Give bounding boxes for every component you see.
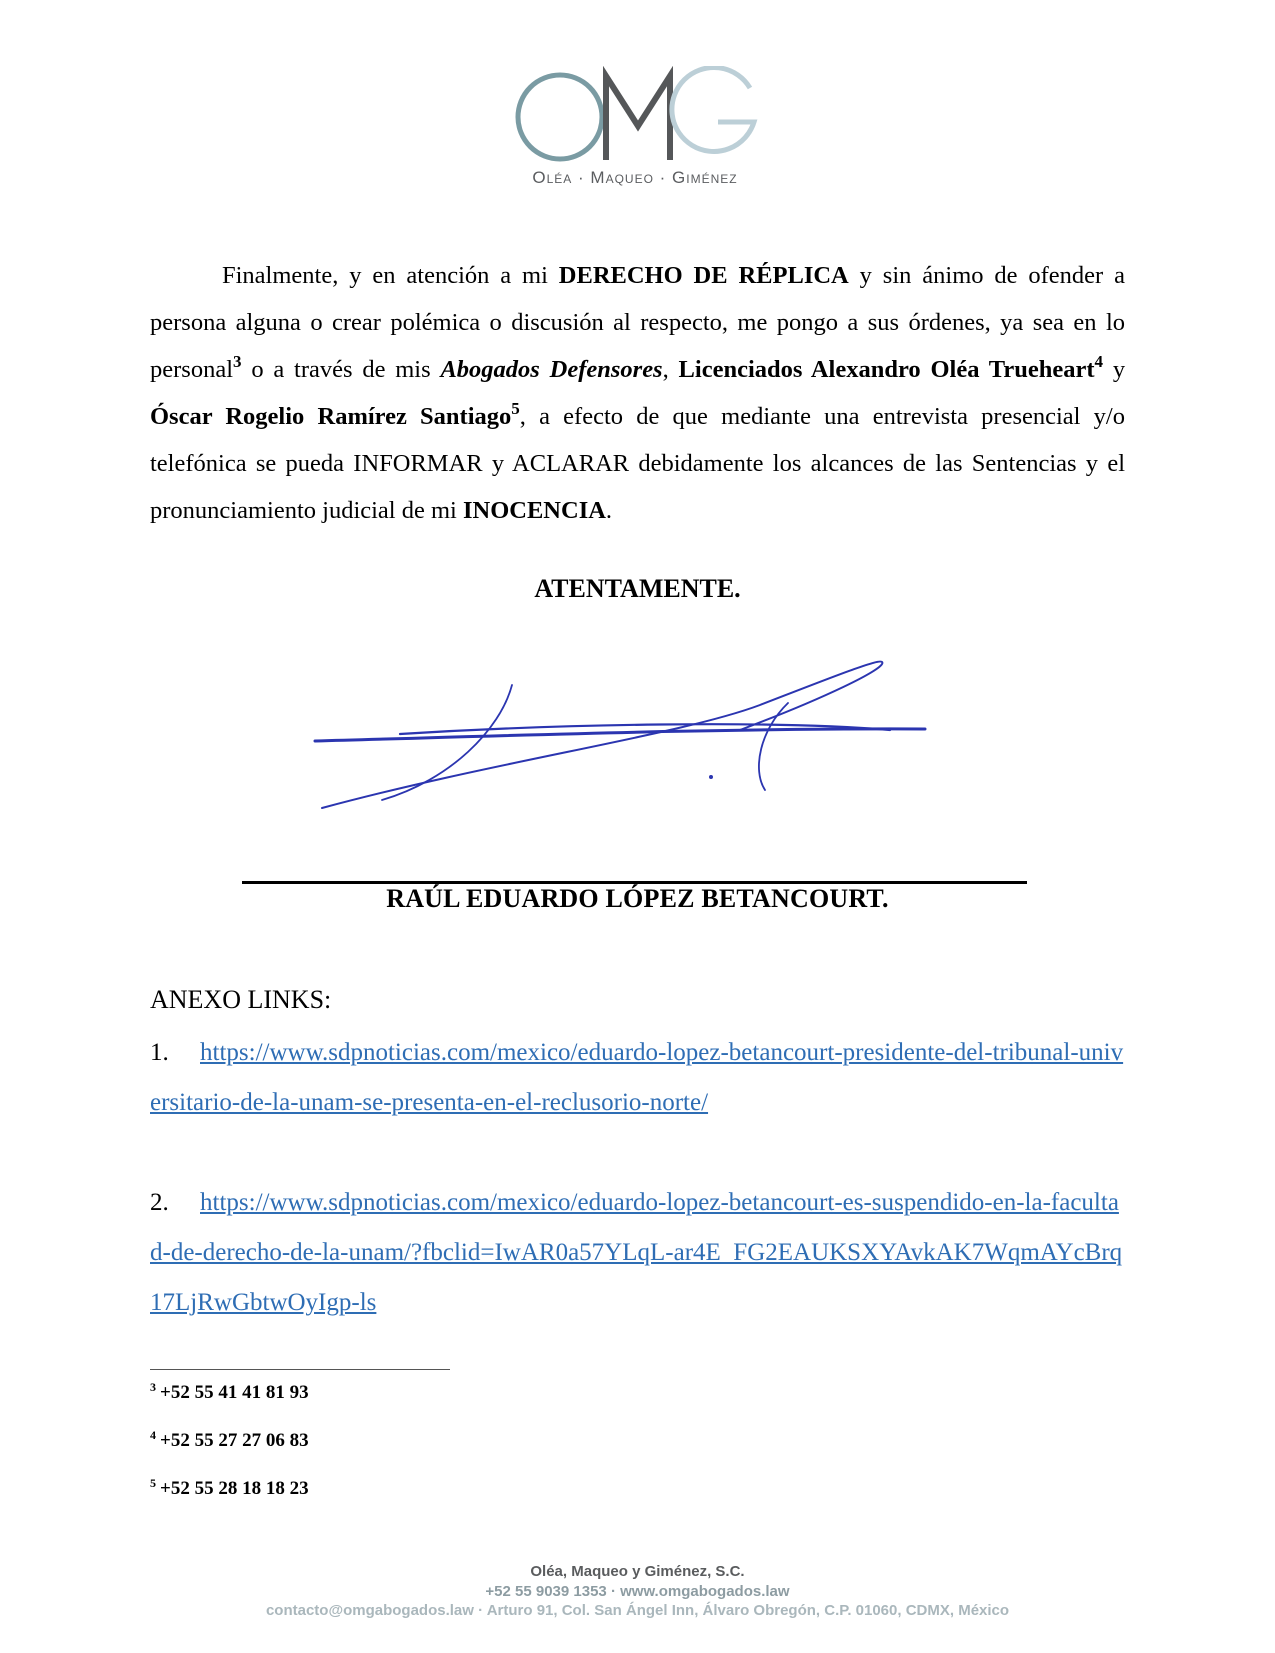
- omg-monogram-icon: [510, 66, 770, 166]
- inocencia: INOCENCIA: [463, 497, 606, 524]
- footnote-separator: [150, 1369, 450, 1370]
- reply-paragraph: Finalmente, y en atención a mi DERECHO D…: [150, 252, 1125, 534]
- signature-icon: [300, 640, 960, 830]
- licenciados-names: Licenciados Alexandro Oléa Trueheart: [679, 356, 1095, 383]
- logo-tagline: Oléa · Maqueo · Giménez: [510, 168, 760, 188]
- annex-link-item-1: 1.https://www.sdpnoticias.com/mexico/edu…: [150, 1028, 1125, 1128]
- letterhead-footer: Oléa, Maqueo y Giménez, S.C. +52 55 9039…: [0, 1562, 1275, 1621]
- footer-address: contacto@omgabogados.law · Arturo 91, Co…: [0, 1601, 1275, 1621]
- annex-title: ANEXO LINKS:: [150, 985, 331, 1015]
- footnote-ref-4[interactable]: 4: [1095, 352, 1104, 371]
- annex-link-item-2: 2.https://www.sdpnoticias.com/mexico/edu…: [150, 1178, 1125, 1328]
- derecho-de-replica: DERECHO DE RÉPLICA: [559, 262, 849, 289]
- annex-link-2[interactable]: https://www.sdpnoticias.com/mexico/eduar…: [150, 1189, 1122, 1316]
- handwritten-signature: [300, 640, 960, 830]
- abogados-defensores: Abogados Defensores: [440, 356, 662, 383]
- signer-name: RAÚL EDUARDO LÓPEZ BETANCOURT.: [0, 884, 1275, 914]
- footnote-4: 4+52 55 27 27 06 83: [150, 1430, 309, 1452]
- firm-logo: Oléa · Maqueo · Giménez: [510, 66, 770, 196]
- footer-contact: +52 55 9039 1353 · www.omgabogados.law: [0, 1582, 1275, 1602]
- link-number: 1.: [150, 1028, 200, 1078]
- footnote-ref-5[interactable]: 5: [511, 399, 520, 418]
- closing-atentamente: ATENTAMENTE.: [0, 574, 1275, 604]
- link-number: 2.: [150, 1178, 200, 1228]
- footnote-3: 3+52 55 41 41 81 93: [150, 1382, 309, 1404]
- footnote-5: 5+52 55 28 18 18 23: [150, 1478, 309, 1500]
- footer-firm-name: Oléa, Maqueo y Giménez, S.C.: [0, 1562, 1275, 1582]
- footnote-ref-3[interactable]: 3: [233, 352, 242, 371]
- oscar-name: Óscar Rogelio Ramírez Santiago: [150, 403, 511, 430]
- annex-link-1[interactable]: https://www.sdpnoticias.com/mexico/eduar…: [150, 1039, 1123, 1116]
